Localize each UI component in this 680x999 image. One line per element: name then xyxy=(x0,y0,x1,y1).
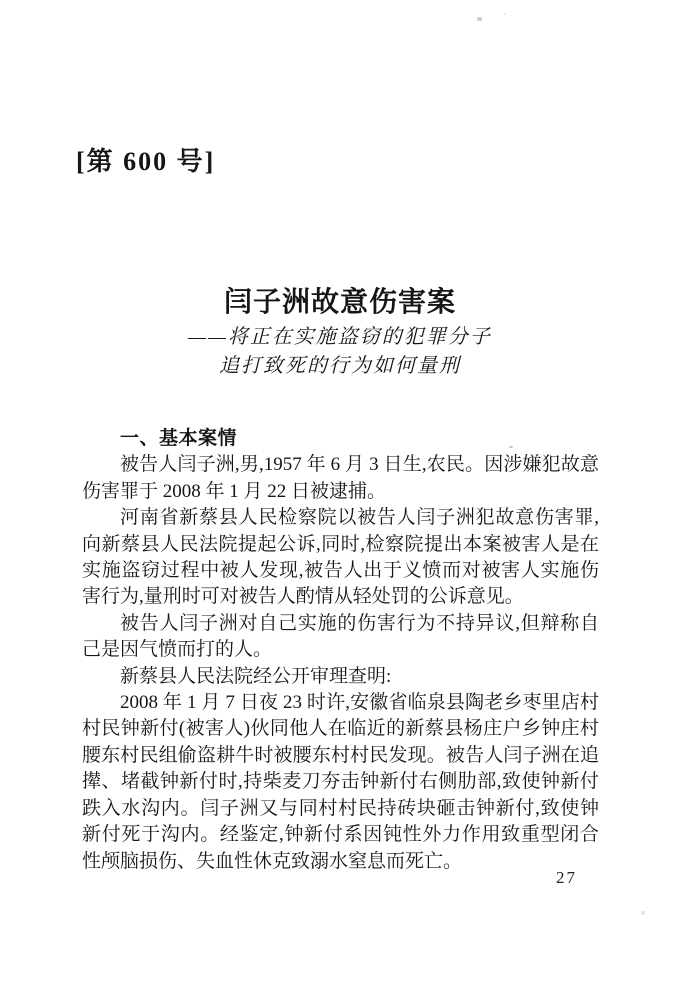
case-number-label: [第 600 号] xyxy=(76,141,215,178)
paragraph-defense: 被告人闫子洲对自己实施的伤害行为不持异议,但辩称自己是因气愤而打的人。 xyxy=(82,611,599,664)
body-text: 一、基本案情 被告人闫子洲,男,1957 年 6 月 3 日生,农民。因涉嫌犯故… xyxy=(82,426,599,875)
page-number: 27 xyxy=(556,868,577,888)
paragraph-prosecution: 河南省新蔡县人民检察院以被告人闫子洲犯故意伤害罪,向新蔡县人民法院提起公诉,同时… xyxy=(82,505,599,611)
scan-artifact xyxy=(509,446,513,448)
case-subtitle-line-2: 追打致死的行为如何量刑 xyxy=(0,352,680,381)
scan-artifact xyxy=(504,13,506,15)
paragraph-case-facts: 2008 年 1 月 7 日夜 23 时许,安徽省临泉县陶老乡枣里店村村民钟新付… xyxy=(82,690,599,875)
paragraph-defendant-info: 被告人闫子洲,男,1957 年 6 月 3 日生,农民。因涉嫌犯故意伤害罪于 2… xyxy=(82,452,599,505)
case-subtitle-line-1: ——将正在实施盗窃的犯罪分子 xyxy=(0,323,680,352)
scan-artifact xyxy=(477,17,482,21)
case-subtitle: ——将正在实施盗窃的犯罪分子 追打致死的行为如何量刑 xyxy=(0,323,680,381)
book-page: [第 600 号] 闫子洲故意伤害案 ——将正在实施盗窃的犯罪分子 追打致死的行… xyxy=(0,0,680,999)
paragraph-court-finding-intro: 新蔡县人民法院经公开审理查明: xyxy=(82,664,599,690)
scan-artifact xyxy=(641,911,645,915)
section-heading: 一、基本案情 xyxy=(82,426,599,452)
case-title: 闫子洲故意伤害案 xyxy=(0,280,680,320)
